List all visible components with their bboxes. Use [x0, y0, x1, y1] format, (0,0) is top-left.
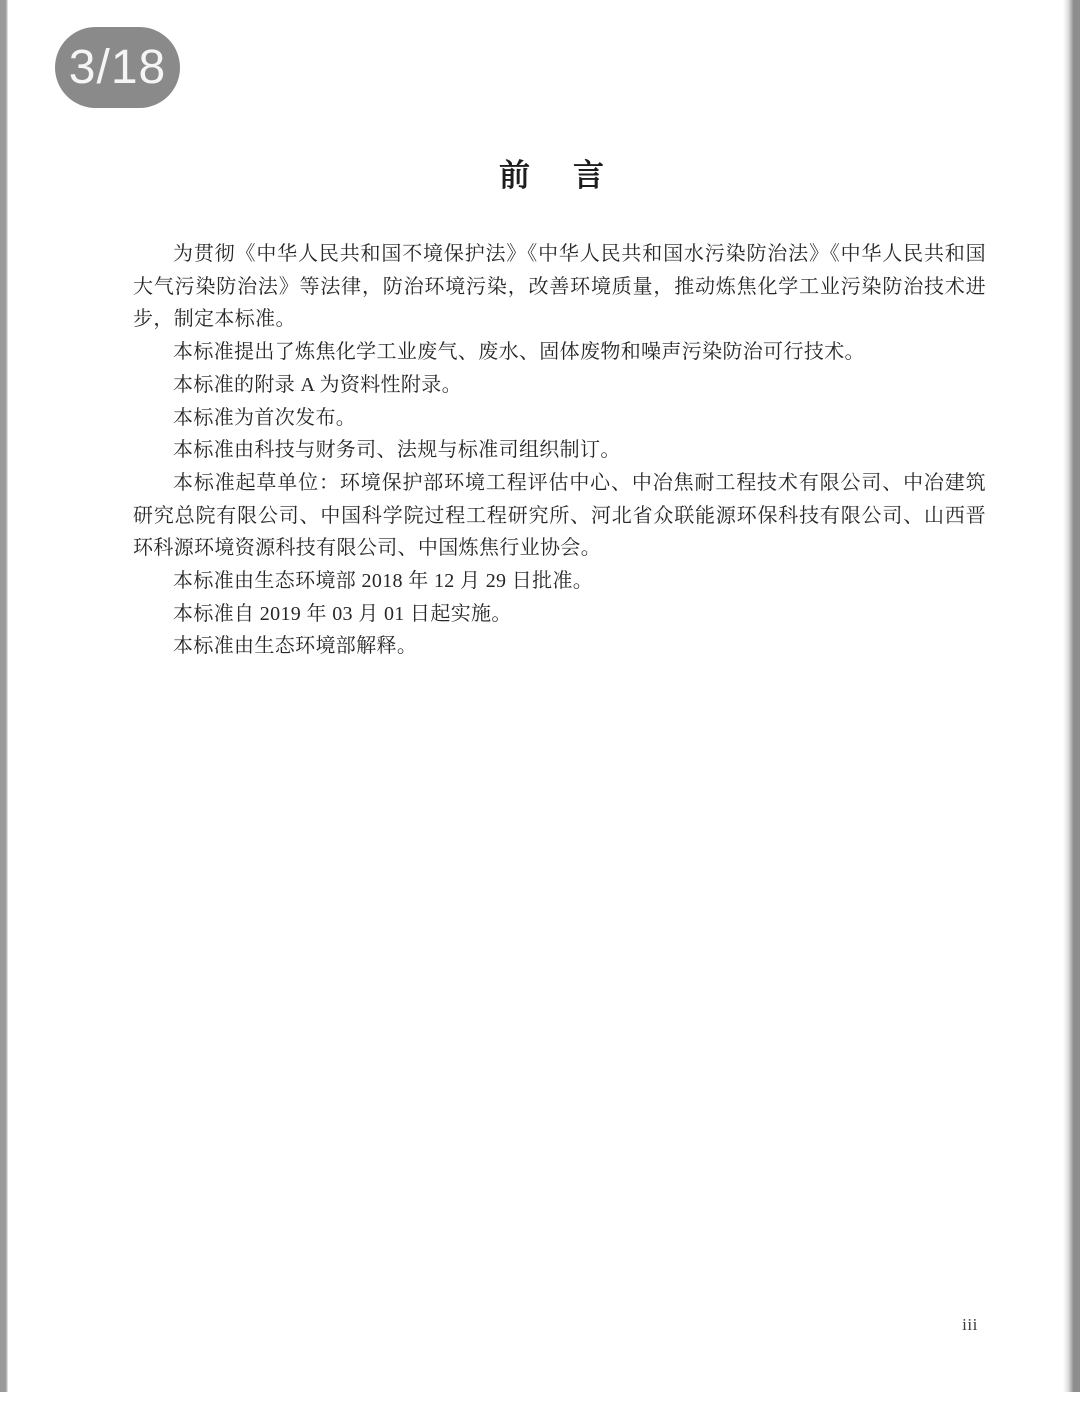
scan-edge-left — [0, 0, 8, 1392]
paragraph: 本标准的附录 A 为资料性附录。 — [133, 369, 986, 402]
paragraph: 本标准由生态环境部 2018 年 12 月 29 日批准。 — [133, 565, 986, 598]
paragraph: 本标准提出了炼焦化学工业废气、废水、固体废物和噪声污染防治可行技术。 — [133, 336, 986, 369]
paragraph: 本标准自 2019 年 03 月 01 日起实施。 — [133, 598, 986, 631]
paragraph: 本标准由生态环境部解释。 — [133, 630, 986, 663]
paragraph: 为贯彻《中华人民共和国不境保护法》《中华人民共和国水污染防治法》《中华人民共和国… — [133, 238, 986, 336]
scanned-page: 前 言 为贯彻《中华人民共和国不境保护法》《中华人民共和国水污染防治法》《中华人… — [0, 0, 1080, 1392]
page-title-char: 言 — [573, 150, 605, 195]
document-body: 为贯彻《中华人民共和国不境保护法》《中华人民共和国水污染防治法》《中华人民共和国… — [133, 238, 986, 663]
paragraph: 本标准起草单位：环境保护部环境工程评估中心、中冶焦耐工程技术有限公司、中冶建筑研… — [133, 467, 986, 565]
page-title-char: 前 — [499, 150, 531, 195]
scan-edge-right — [1063, 0, 1080, 1392]
page-title: 前 言 — [0, 150, 1080, 195]
paragraph: 本标准由科技与财务司、法规与标准司组织制订。 — [133, 434, 986, 467]
pdf-viewer-viewport: 前 言 为贯彻《中华人民共和国不境保护法》《中华人民共和国水污染防治法》《中华人… — [0, 0, 1080, 1403]
paragraph: 本标准为首次发布。 — [133, 402, 986, 435]
folio-page-number: iii — [955, 1315, 985, 1335]
page-number-badge[interactable]: 3/18 — [55, 27, 180, 108]
